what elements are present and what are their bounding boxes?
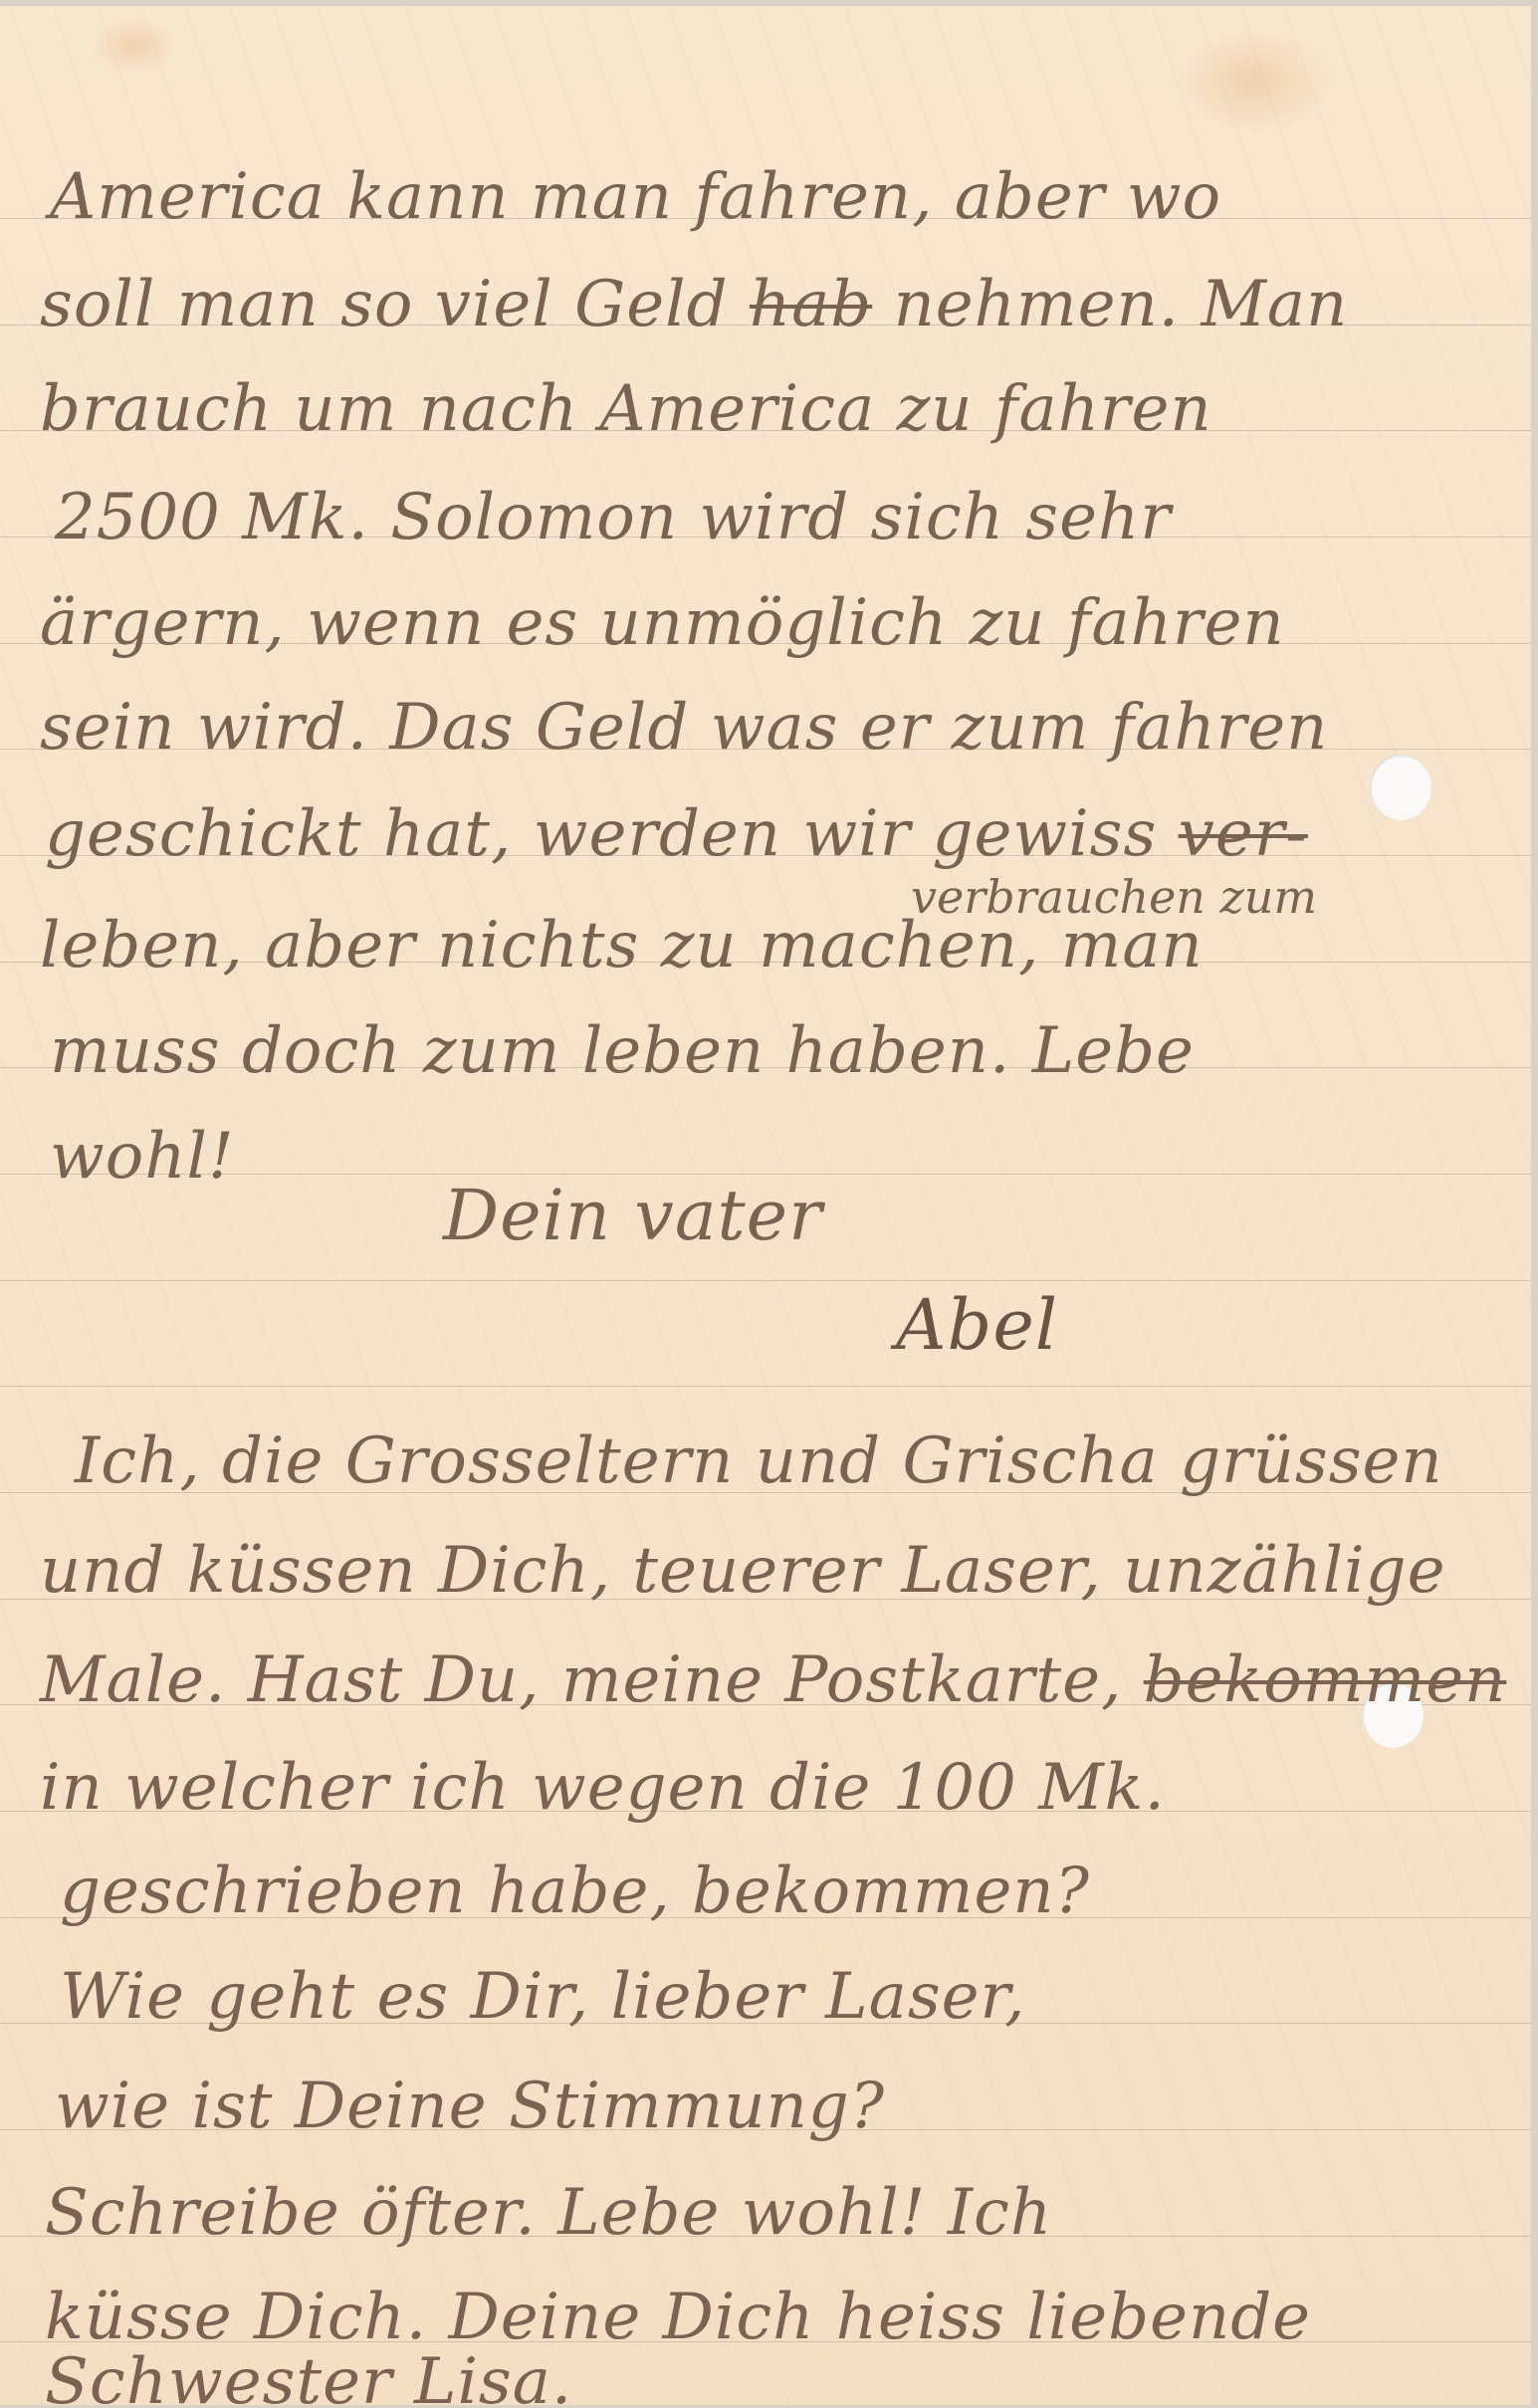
letter-line: Schwester Lisa. (45, 2350, 572, 2405)
line-text: soll man so viel Geld (40, 268, 729, 341)
letter-line: Male. Hast Du, meine Postkarte, bekommen (40, 1648, 1506, 1712)
letter-line: Ich, die Grosseltern und Grischa grüssen (75, 1429, 1443, 1493)
ruled-line (0, 1386, 1531, 1387)
paper-stain (90, 16, 179, 76)
letter-line: und küssen Dich, teuerer Laser, unzählig… (40, 1539, 1445, 1603)
letter-line: wohl! (50, 1125, 235, 1189)
struck-word: ver- (1179, 797, 1308, 871)
punch-hole (1370, 755, 1431, 820)
line-text: Male. Hast Du, meine Postkarte, (40, 1643, 1122, 1717)
letter-line: küsse Dich. Deine Dich heiss liebende (45, 2286, 1311, 2349)
letter-line: America kann man fahren, aber wo (50, 165, 1221, 229)
struck-word: hab (750, 268, 872, 341)
line-text: geschickt hat, werden wir gewiss (45, 797, 1157, 871)
closing: Dein vater (443, 1181, 823, 1250)
letter-line: Wie geht es Dir, lieber Laser, (60, 1965, 1025, 2029)
struck-word: bekommen (1144, 1643, 1507, 1717)
signature: Abel (896, 1290, 1058, 1360)
ruled-line (0, 1280, 1531, 1281)
letter-line: geschrieben habe, bekommen? (60, 1860, 1090, 1923)
letter-line: wie ist Deine Stimmung? (55, 2075, 885, 2138)
line-text: nehmen. Man (894, 268, 1349, 341)
letter-line: sein wird. Das Geld was er zum fahren (40, 696, 1328, 760)
letter-line: muss doch zum leben haben. Lebe (50, 1019, 1195, 1083)
letter-line: 2500 Mk. Solomon wird sich sehr (55, 486, 1172, 549)
letter-line: Schreibe öfter. Lebe wohl! Ich (45, 2181, 1052, 2245)
letter-line: soll man so viel Geld hab nehmen. Man (40, 273, 1348, 336)
letter-page: America kann man fahren, aber wo soll ma… (0, 6, 1531, 2405)
letter-line: brauch um nach America zu fahren (40, 377, 1212, 441)
letter-line: leben, aber nichts zu machen, man (40, 914, 1204, 978)
letter-line: ärgern, wenn es unmöglich zu fahren (40, 591, 1285, 655)
paper-stain (1175, 26, 1334, 135)
letter-line: geschickt hat, werden wir gewiss ver- (45, 802, 1308, 866)
letter-line: in welcher ich wegen die 100 Mk. (40, 1756, 1166, 1820)
